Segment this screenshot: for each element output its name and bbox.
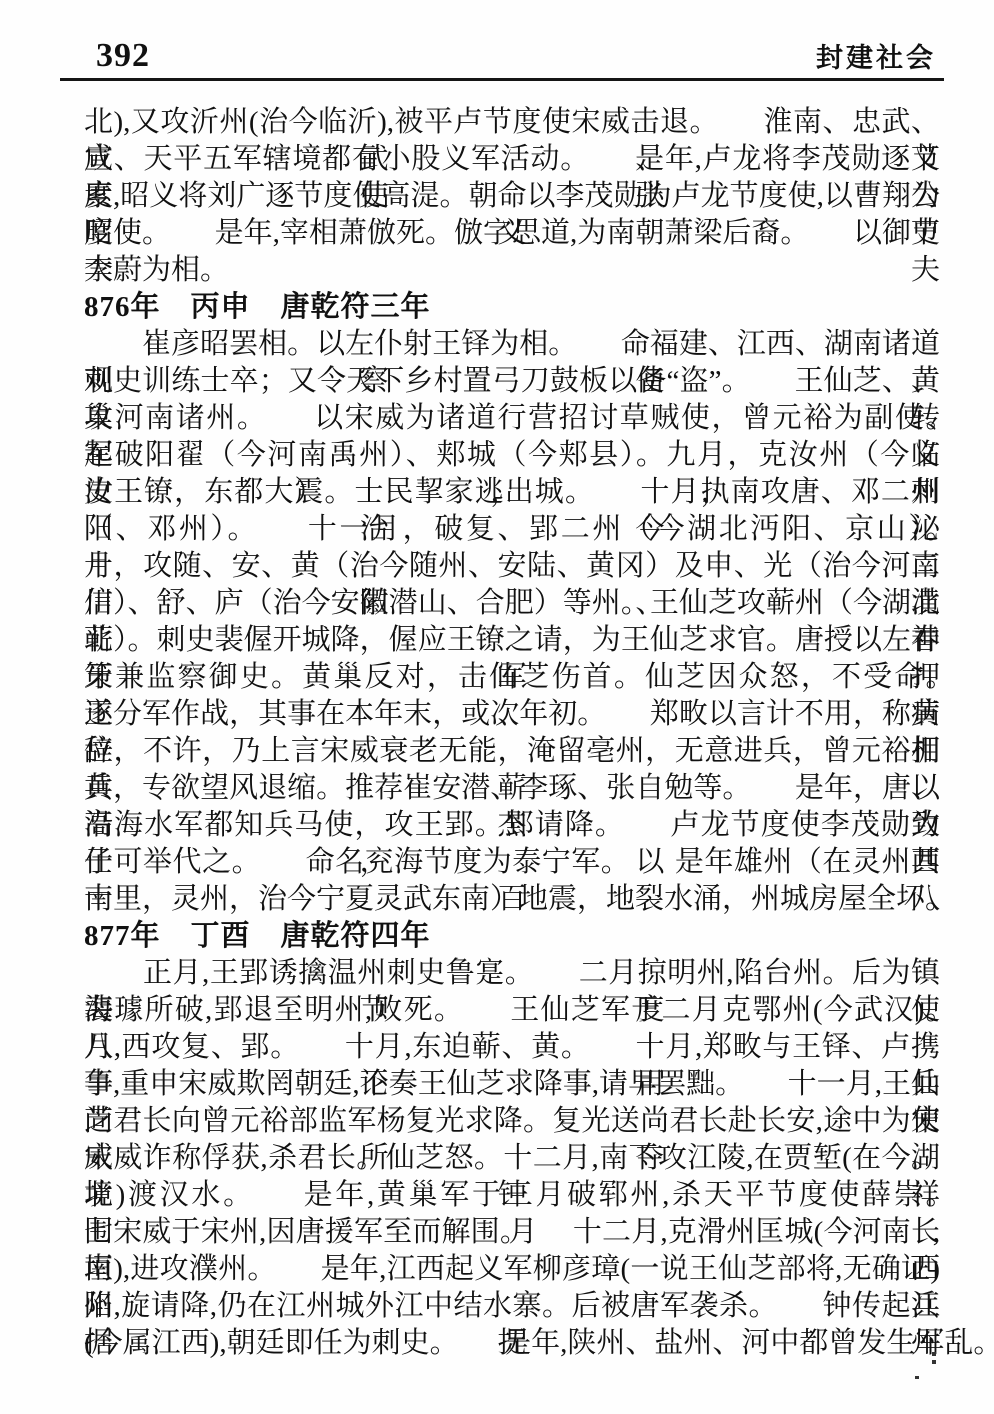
text-line: 沿海水军都知兵马使，攻王郢。郢请降。 卢龙节度使李茂勋致仕，以其 <box>84 807 940 844</box>
text-line: 尚君长向曾元裕部监军杨复光求降。复光送尚君长赴长安,途中为宋威所夺。 <box>84 1103 940 1140</box>
text-line: 月,西攻复、郢。 十月,东迫蕲、黄。 十月,郑畋与王铎、卢携争论用兵 <box>84 1029 940 1066</box>
text-line: (今属江西),朝廷即任为刺史。 是年,陕州、盐州、河中都曾发生军乱。 <box>84 1325 940 1362</box>
text-line: 成、天平五军辖境都有小股义军活动。 是年,卢龙将李茂勋逐节度使张公 <box>84 141 940 178</box>
text-line: 宋威诈称俘获,杀君长。仙芝怒。十二月,南下攻江陵,在贾堑(在今湖北钟祥 <box>84 1140 940 1177</box>
text-line: 牙兼监察御史。黄巢反对，击仙芝伤首。仙芝因众怒，不受命。 王、黄 <box>84 659 940 696</box>
text-line: 黄，专欲望风退缩。推荐崔安潜、李琢、张自勉等。 是年，唐以高杰为 <box>84 770 940 807</box>
text-line: 子可举代之。 命名兖海节度为泰宁军。 是年雄州（在灵州西南百八 <box>84 844 940 881</box>
page-header: 392 封建社会 <box>96 36 936 75</box>
scan-artifact <box>932 1352 936 1356</box>
text-line: 度使。 是年,宰相萧倣死。倣字思道,为南朝萧梁后裔。 以御史大夫 <box>84 215 940 252</box>
running-head-title: 封建社会 <box>816 36 936 75</box>
text-line: 事,重申宋威欺罔朝廷,不奏王仙芝求降事,请早罢黜。 十一月,王仙芝使 <box>84 1066 940 1103</box>
text-line: 崔彦昭罢相。以左仆射王铎为相。 命福建、江西、湖南诸道观察使、 <box>84 326 940 363</box>
text-line: 围宋威于宋州,因唐援军至而解围。 十二月,克滑州匡城(今河南长垣西 <box>84 1214 940 1251</box>
year-heading: 877年 丁酉 唐乾符四年 <box>84 918 940 955</box>
text-line: 阳、邓州）。 十一月，破复、郢二州（今湖北沔阳、京山）。 十二 <box>84 511 940 548</box>
text-line: 素,昭义将刘广逐节度使高湜。朝命以李茂勋为卢龙节度使,以曹翔为昭义节 <box>84 178 940 215</box>
text-line: 遂分军作战，其事在本年末，或次年初。 郑畋以言计不用，称病辞相 <box>84 696 940 733</box>
text-line: 位，不许，乃上言宋威衰老无能，淹留亳州，无意进兵，曾元裕拥兵蕲、 <box>84 733 940 770</box>
book-page: 392 封建社会 北),又攻沂州(治今临沂),被平卢节度使宋威击退。 淮南、忠武… <box>0 0 994 1414</box>
text-line: 州,旋请降,仍在江州城外江中结水寨。后被唐军袭杀。 钟传起兵据抚州 <box>84 1288 940 1325</box>
scan-artifact <box>915 1376 919 1379</box>
text-line: 史王镣，东都大震。士民挈家逃出城。 十月，南攻唐、邓二州（治今泌 <box>84 474 940 511</box>
text-line: 北）。刺史裴偓开城降，偓应王镣之请，为王仙芝求官。唐授以左神策军押 <box>84 622 940 659</box>
text-line: 十里，灵州，治今宁夏灵武东南）地震，地裂水涌，州城房屋全坏。 <box>84 881 940 918</box>
header-rule <box>60 78 944 81</box>
text-line: 正月,王郢诱擒温州刺史鲁寔。 二月掠明州,陷台州。后为镇海节度使 <box>84 955 940 992</box>
year-heading: 876年 丙申 唐乾符三年 <box>84 289 940 326</box>
text-line: 军破阳翟（今河南禹州）、郏城（今郏县）。九月，克汝州（今临汝），执刺 <box>84 437 940 474</box>
text-line: 刺史训练士卒；又令天下乡村置弓刀鼓板以备“盗”。 王仙芝、黄巢转 <box>84 363 940 400</box>
page-body: 北),又攻沂州(治今临沂),被平卢节度使宋威击退。 淮南、忠武、宣武、义成、天平… <box>84 104 940 1362</box>
text-line: 南),进攻濮州。 是年,江西起义军柳彦璋(一说王仙芝部将,无确证)陷江 <box>84 1251 940 1288</box>
page-number: 392 <box>96 37 150 75</box>
text-line: 裴璩所破,郢退至明州,败死。 王仙芝军于二月克鄂州(今武汉)。 八 <box>84 992 940 1029</box>
text-line: 境)渡汉水。 是年,黄巢军于三月破郓州,杀天平节度使薛崇。 七月, <box>84 1177 940 1214</box>
text-line: 川）、舒、庐（治今安徽潜山、合肥）等州。王仙芝攻蕲州（今湖北蕲春 <box>84 585 940 622</box>
text-line: 攻河南诸州。 以宋威为诸道行营招讨草贼使，曾元裕为副使。 起义 <box>84 400 940 437</box>
text-line: 北),又攻沂州(治今临沂),被平卢节度使宋威击退。 淮南、忠武、宣武、义 <box>84 104 940 141</box>
text-line: 月，攻随、安、黄（治今随州、安陆、黄冈）及申、光（治今河南信阳、潢 <box>84 548 940 585</box>
